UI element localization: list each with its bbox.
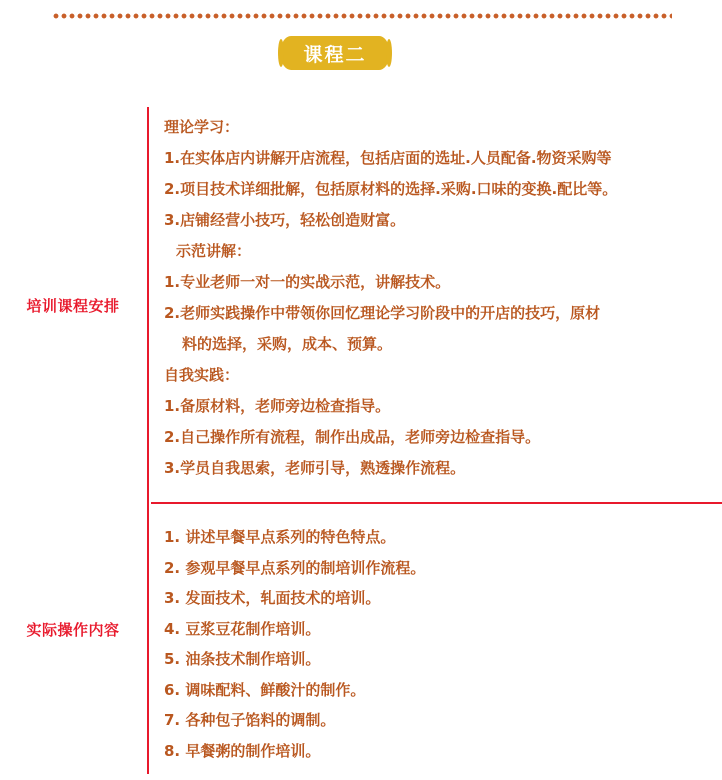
practice-item: 7. 各种包子馅料的调制。 bbox=[164, 705, 425, 736]
self-practice-item: 1.备原材料，老师旁边检查指导。 bbox=[164, 391, 617, 422]
practice-item: 3. 发面技术，轧面技术的培训。 bbox=[164, 583, 425, 614]
block-heading-theory: 理论学习： bbox=[164, 112, 617, 143]
block-heading-demo: 示范讲解： bbox=[164, 236, 617, 267]
self-practice-item: 2.自己操作所有流程，制作出成品，老师旁边检查指导。 bbox=[164, 422, 617, 453]
self-practice-item: 3.学员自我思索，老师引导，熟透操作流程。 bbox=[164, 453, 617, 484]
demo-item: 2.老师实践操作中带领你回忆理论学习阶段中的开店的技巧，原材 bbox=[164, 298, 617, 329]
demo-item-continued: 料的选择，采购，成本、预算。 bbox=[164, 329, 617, 360]
dotted-divider bbox=[52, 12, 672, 20]
section-label-practice: 实际操作内容 bbox=[0, 619, 146, 640]
theory-item: 1.在实体店内讲解开店流程，包括店面的选址.人员配备.物资采购等 bbox=[164, 143, 617, 174]
banner-title: 课程二 bbox=[303, 40, 366, 67]
schedule-content: 理论学习： 1.在实体店内讲解开店流程，包括店面的选址.人员配备.物资采购等 2… bbox=[164, 112, 617, 484]
section-label-schedule: 培训课程安排 bbox=[0, 295, 146, 316]
theory-item: 2.项目技术详细批解，包括原材料的选择.采购.口味的变换.配比等。 bbox=[164, 174, 617, 205]
practice-item: 2. 参观早餐早点系列的制培训作流程。 bbox=[164, 553, 425, 584]
practice-item: 6. 调味配料、鲜酸汁的制作。 bbox=[164, 675, 425, 706]
section-divider bbox=[151, 502, 722, 504]
course-banner: 课程二 bbox=[281, 36, 389, 70]
vertical-divider bbox=[147, 107, 149, 774]
practice-item: 8. 早餐粥的制作培训。 bbox=[164, 736, 425, 767]
demo-item: 1.专业老师一对一的实战示范，讲解技术。 bbox=[164, 267, 617, 298]
practice-item: 1. 讲述早餐早点系列的特色特点。 bbox=[164, 522, 425, 553]
practice-item: 5. 油条技术制作培训。 bbox=[164, 644, 425, 675]
practice-content: 1. 讲述早餐早点系列的特色特点。 2. 参观早餐早点系列的制培训作流程。 3.… bbox=[164, 522, 425, 766]
practice-item: 4. 豆浆豆花制作培训。 bbox=[164, 614, 425, 645]
theory-item: 3.店铺经营小技巧，轻松创造财富。 bbox=[164, 205, 617, 236]
block-heading-self-practice: 自我实践： bbox=[164, 360, 617, 391]
